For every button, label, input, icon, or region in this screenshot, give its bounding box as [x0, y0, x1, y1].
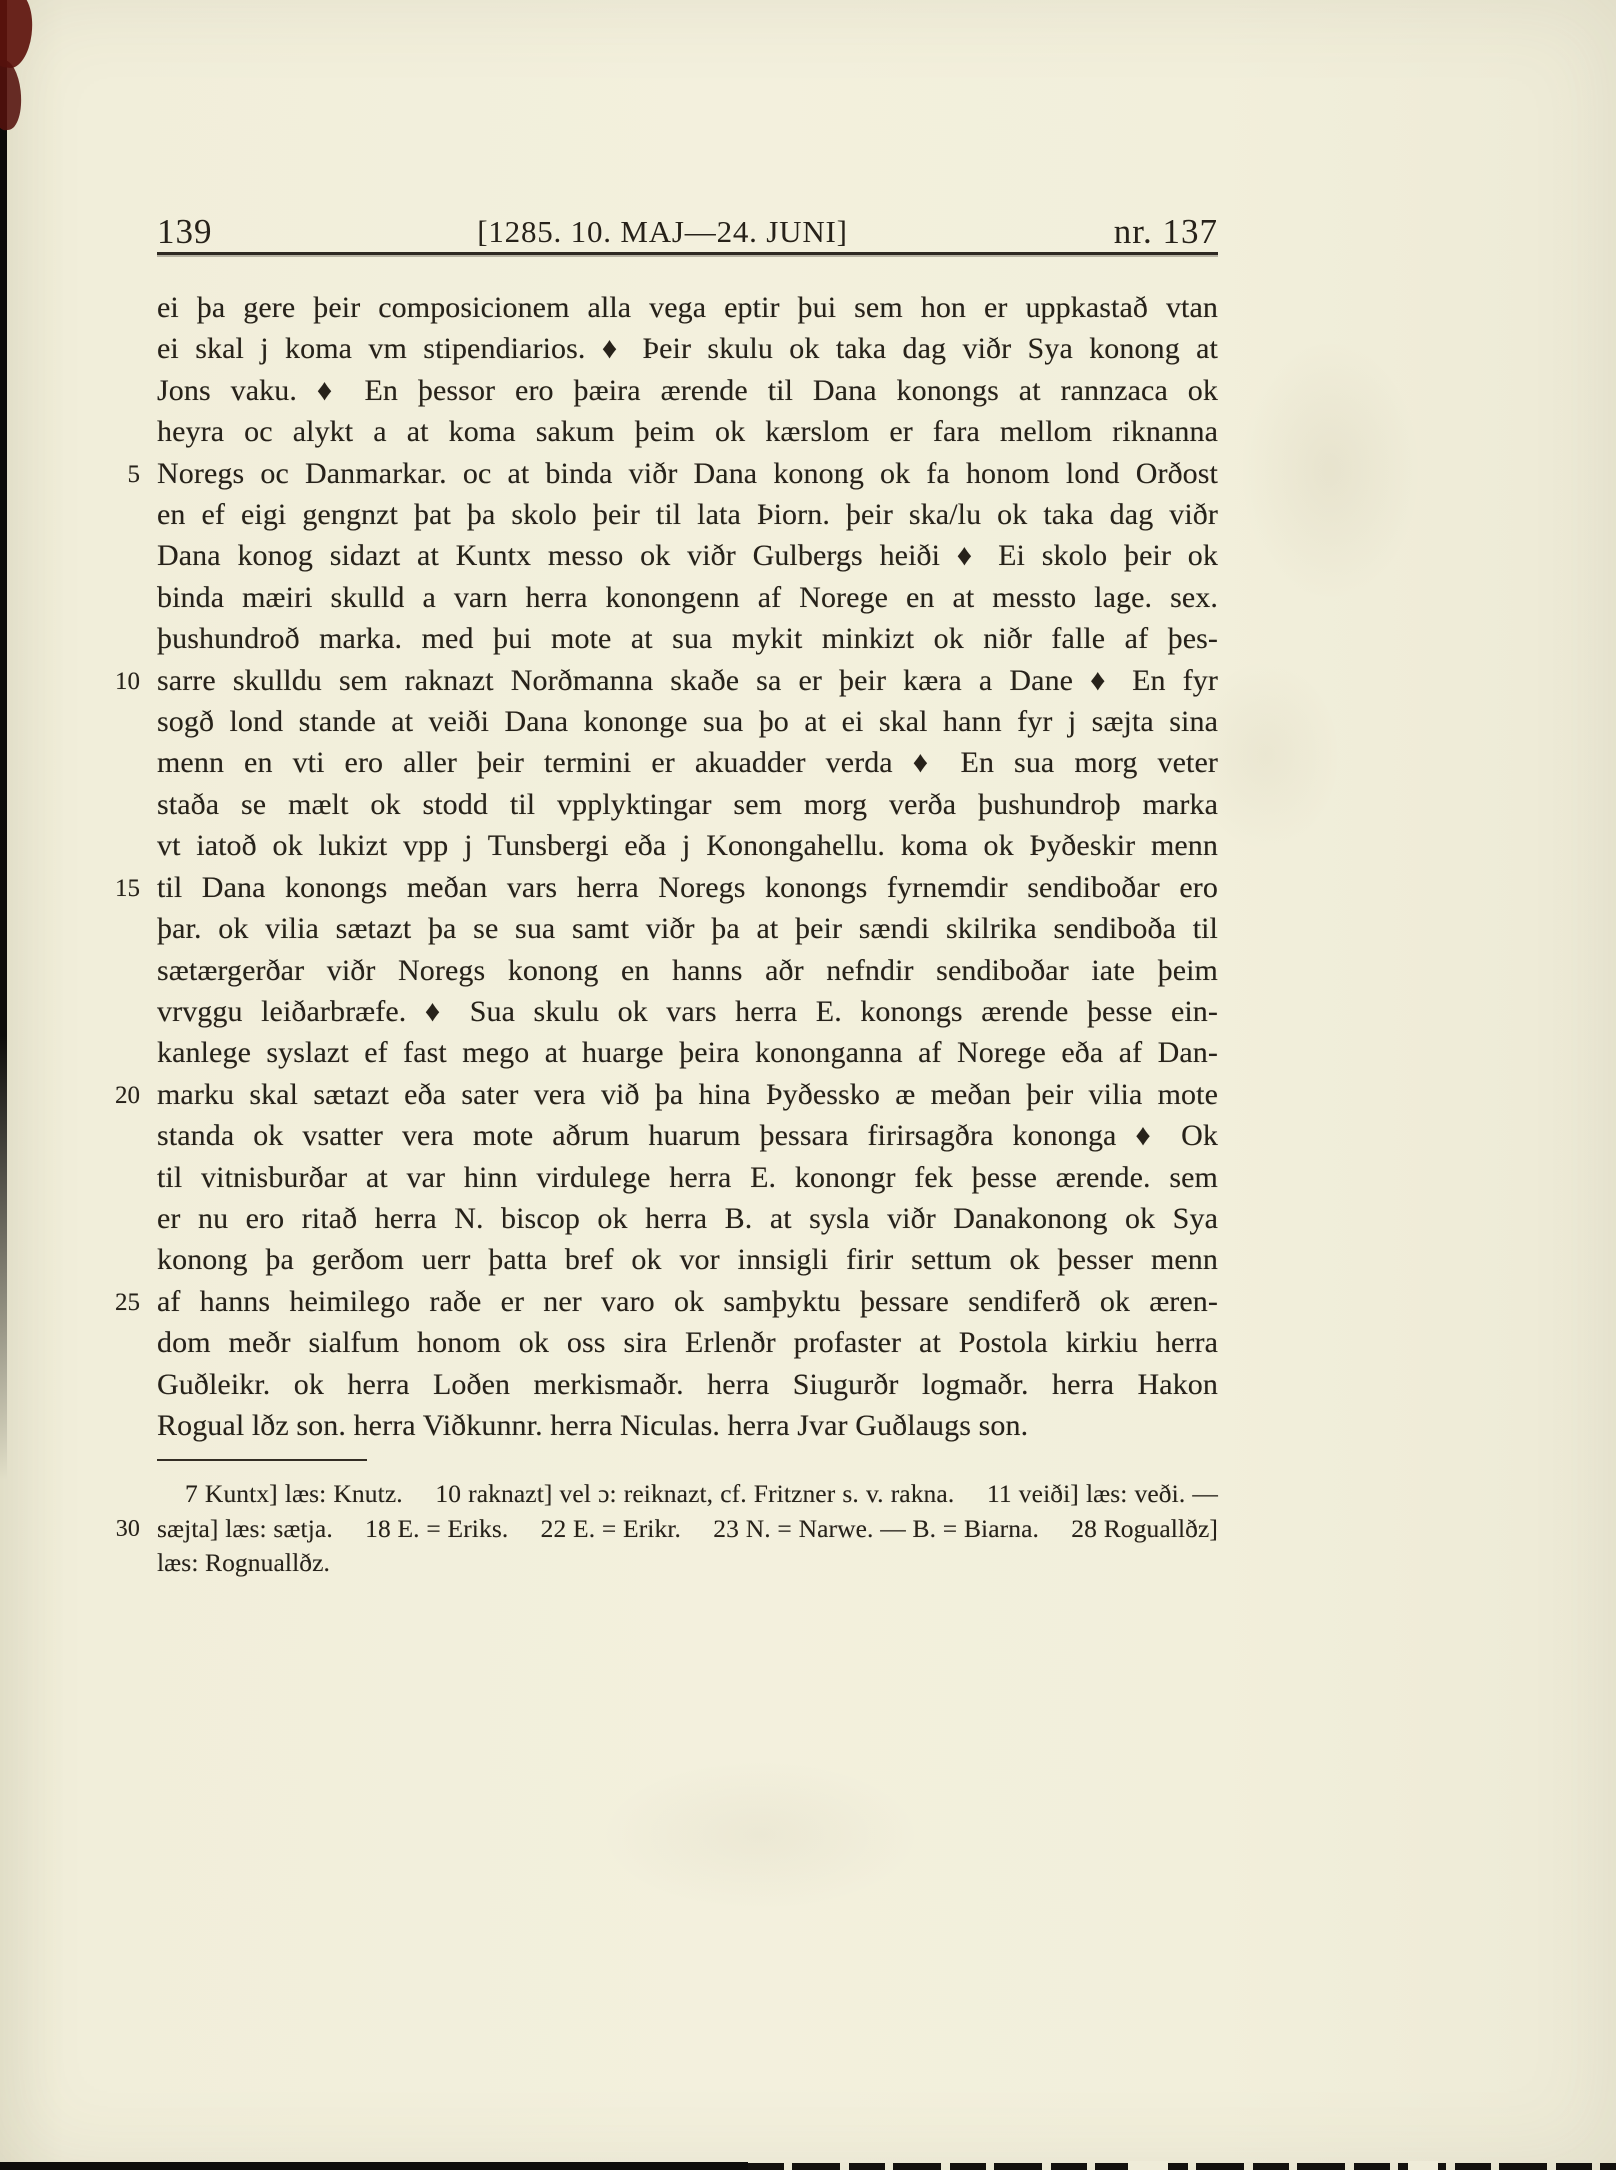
text-line: binda mæiri skulld a varn herra konongen… — [157, 577, 1218, 618]
text-line-content: staða se mælt ok stodd til vpplyktingar … — [157, 788, 1218, 821]
text-line-content: Rogual lðz son. herra Viðkunnr. herra Ni… — [157, 1409, 1028, 1442]
text-line: dom meðr sialfum honom ok oss sira Erlen… — [157, 1322, 1218, 1363]
scan-bottom-edge-dashes — [748, 2163, 1616, 2170]
margin-line-number: 20 — [115, 1075, 140, 1116]
scan-bottom-edge-solid — [0, 2162, 748, 2170]
text-line: 10sarre skulldu sem raknazt Norðmanna sk… — [157, 660, 1218, 701]
text-line: staða se mælt ok stodd til vpplyktingar … — [157, 784, 1218, 825]
scan-bottom-edge-gap — [1128, 2161, 1168, 2170]
scan-bottom-edge-artifact — [0, 2161, 1616, 2170]
footnote-separator-rule — [157, 1459, 367, 1461]
text-line: en ef eigi gengnzt þat þa skolo þeir til… — [157, 494, 1218, 535]
paper-stain — [600, 1760, 920, 1910]
text-line: konong þa gerðom uerr þatta bref ok vor … — [157, 1239, 1218, 1280]
margin-line-number: 25 — [115, 1282, 140, 1323]
text-line-content: vt iatoð ok lukizt vpp j Tunsbergi eða j… — [157, 829, 1218, 862]
text-line-content: konong þa gerðom uerr þatta bref ok vor … — [157, 1243, 1218, 1276]
text-line: sætærgerðar viðr Noregs konong en hanns … — [157, 950, 1218, 991]
footnote-line: læs: Rognuallðz. — [157, 1546, 1218, 1581]
text-line: menn en vti ero aller þeir termini er ak… — [157, 742, 1218, 783]
text-line-content: standa ok vsatter vera mote aðrum huarum… — [157, 1119, 1218, 1152]
text-line: ei þa gere þeir composicionem alla vega … — [157, 287, 1218, 328]
text-line-content: Noregs oc Danmarkar. oc at binda viðr Da… — [157, 457, 1218, 490]
text-line-content: menn en vti ero aller þeir termini er ak… — [157, 746, 1218, 779]
scanned-book-page: 139 [1285. 10. MAJ—24. JUNI] nr. 137 ei … — [0, 0, 1616, 2170]
document-number: nr. 137 — [1114, 212, 1218, 252]
page-header: 139 [1285. 10. MAJ—24. JUNI] nr. 137 — [157, 208, 1218, 252]
margin-line-number: 5 — [128, 454, 141, 495]
footnotes: 7 Kuntx] læs: Knutz. 10 raknazt] vel ɔ: … — [157, 1477, 1218, 1581]
text-line: heyra oc alykt a at koma sakum þeim ok k… — [157, 411, 1218, 452]
text-line-content: dom meðr sialfum honom ok oss sira Erlen… — [157, 1326, 1218, 1359]
paper-stain — [1240, 340, 1420, 600]
text-line: Dana konog sidazt at Kuntx messo ok viðr… — [157, 535, 1218, 576]
text-line: vrvggu leiðarbræfe. ♦ Sua skulu ok vars … — [157, 991, 1218, 1032]
text-line: þar. ok vilia sætazt þa se sua samt viðr… — [157, 908, 1218, 949]
header-rule — [157, 252, 1218, 255]
footnote-line-content: 7 Kuntx] læs: Knutz. 10 raknazt] vel ɔ: … — [185, 1479, 1218, 1508]
text-line: kanlege syslazt ef fast mego at huarge þ… — [157, 1032, 1218, 1073]
text-line: Jons vaku. ♦ En þessor ero þæira ærende … — [157, 370, 1218, 411]
text-line: Guðleikr. ok herra Loðen merkismaðr. her… — [157, 1364, 1218, 1405]
text-line: er nu ero ritað herra N. biscop ok herra… — [157, 1198, 1218, 1239]
text-line-content: sætærgerðar viðr Noregs konong en hanns … — [157, 954, 1218, 987]
text-line-content: binda mæiri skulld a varn herra konongen… — [157, 581, 1218, 614]
text-line-content: sogð lond stande at veiði Dana kononge s… — [157, 705, 1218, 738]
text-line: til vitnisburðar at var hinn virdulege h… — [157, 1157, 1218, 1198]
text-line-content: ei þa gere þeir composicionem alla vega … — [157, 291, 1218, 324]
text-line: vt iatoð ok lukizt vpp j Tunsbergi eða j… — [157, 825, 1218, 866]
text-line: 20marku skal sætazt eða sater vera við þ… — [157, 1074, 1218, 1115]
text-line: sogð lond stande at veiði Dana kononge s… — [157, 701, 1218, 742]
text-line-content: Dana konog sidazt at Kuntx messo ok viðr… — [157, 539, 1218, 572]
text-line-content: Guðleikr. ok herra Loðen merkismaðr. her… — [157, 1368, 1218, 1401]
text-line-content: ei skal j koma vm stipendiarios. ♦ Þeir … — [157, 332, 1218, 365]
text-line-content: þushundroð marka. med þui mote at sua my… — [157, 622, 1218, 655]
footnote-line-content: læs: Rognuallðz. — [157, 1548, 330, 1577]
scan-bottom-edge-gap — [1408, 2161, 1438, 2170]
footnote-line: 7 Kuntx] læs: Knutz. 10 raknazt] vel ɔ: … — [157, 1477, 1218, 1512]
text-line-content: er nu ero ritað herra N. biscop ok herra… — [157, 1202, 1218, 1235]
text-line: 25af hanns heimilego raðe er ner varo ok… — [157, 1281, 1218, 1322]
text-line-content: þar. ok vilia sætazt þa se sua samt viðr… — [157, 912, 1218, 945]
text-line-content: marku skal sætazt eða sater vera við þa … — [157, 1078, 1218, 1111]
text-line-content: vrvggu leiðarbræfe. ♦ Sua skulu ok vars … — [157, 995, 1218, 1028]
text-line-content: en ef eigi gengnzt þat þa skolo þeir til… — [157, 498, 1218, 531]
margin-line-number: 10 — [115, 661, 140, 702]
footnote-line-content: sæjta] læs: sætja. 18 E. = Eriks. 22 E. … — [157, 1514, 1218, 1543]
text-line-content: til vitnisburðar at var hinn virdulege h… — [157, 1161, 1218, 1194]
text-line: þushundroð marka. med þui mote at sua my… — [157, 618, 1218, 659]
text-line-content: til Dana konongs meðan vars herra Noregs… — [157, 871, 1218, 904]
text-line: 5Noregs oc Danmarkar. oc at binda viðr D… — [157, 453, 1218, 494]
text-line-content: Jons vaku. ♦ En þessor ero þæira ærende … — [157, 374, 1218, 407]
text-line: ei skal j koma vm stipendiarios. ♦ Þeir … — [157, 328, 1218, 369]
margin-line-number: 30 — [116, 1512, 140, 1547]
text-line: 15til Dana konongs meðan vars herra Nore… — [157, 867, 1218, 908]
footnote-line: 30sæjta] læs: sætja. 18 E. = Eriks. 22 E… — [157, 1512, 1218, 1547]
text-line-content: sarre skulldu sem raknazt Norðmanna skað… — [157, 664, 1218, 697]
text-line-content: af hanns heimilego raðe er ner varo ok s… — [157, 1285, 1218, 1318]
document-body-text: ei þa gere þeir composicionem alla vega … — [157, 287, 1218, 1446]
margin-line-number: 15 — [115, 868, 140, 909]
text-line: standa ok vsatter vera mote aðrum huarum… — [157, 1115, 1218, 1156]
text-line-content: kanlege syslazt ef fast mego at huarge þ… — [157, 1036, 1218, 1069]
text-line-content: heyra oc alykt a at koma sakum þeim ok k… — [157, 415, 1218, 448]
scan-left-edge-artifact — [0, 0, 7, 1480]
header-date-range: [1285. 10. MAJ—24. JUNI] — [157, 214, 1168, 250]
red-ink-mark — [0, 59, 25, 132]
text-line: Rogual lðz son. herra Viðkunnr. herra Ni… — [157, 1405, 1218, 1446]
